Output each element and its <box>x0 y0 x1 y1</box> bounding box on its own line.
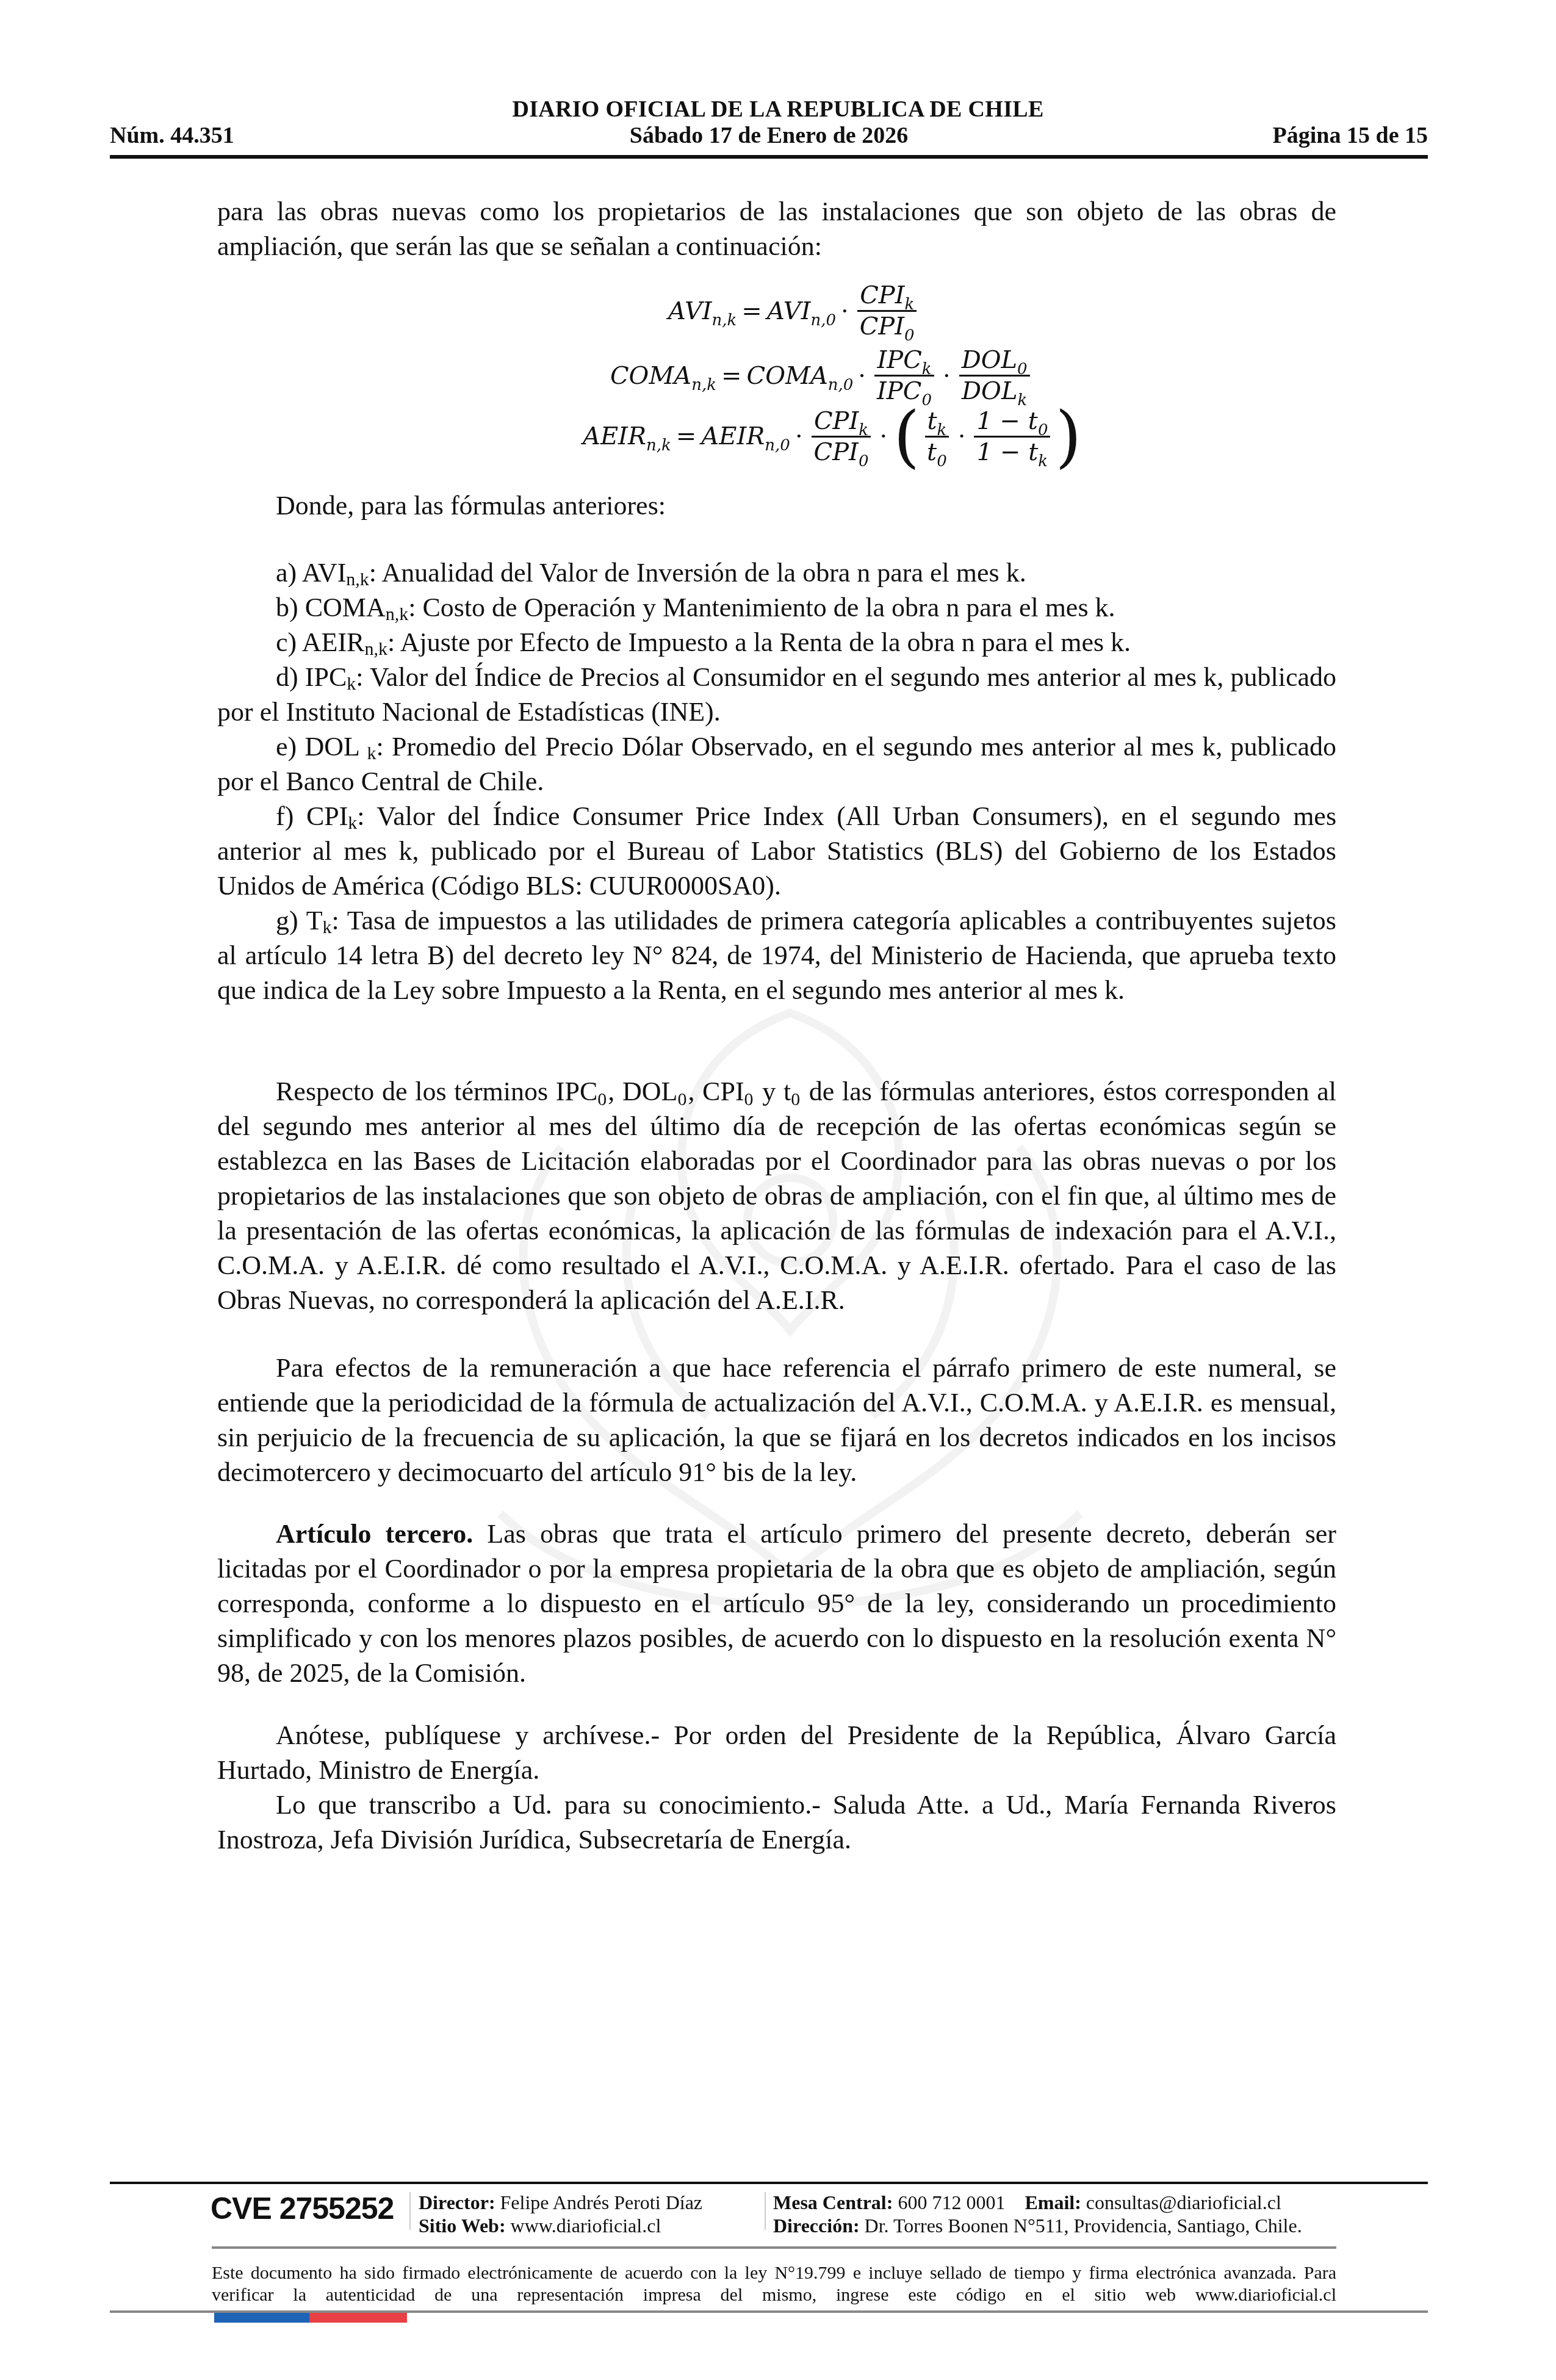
donde-label: Donde, para las fórmulas anteriores: <box>276 488 1336 523</box>
header-row: Sábado 17 de Enero de 2026 Núm. 44.351 P… <box>110 122 1428 153</box>
issue-date: Sábado 17 de Enero de 2026 <box>110 122 1428 149</box>
header-divider <box>110 155 1428 159</box>
fraction: tk t0 <box>924 408 949 466</box>
footer-separator <box>765 2192 766 2230</box>
fraction: DOL0 DOLk <box>959 347 1030 405</box>
definition-c: c) AEIRn,k: Ajuste por Efecto de Impuest… <box>217 625 1336 660</box>
articulo-tercero-heading: Artículo tercero. <box>276 1519 473 1549</box>
website-link[interactable]: www.diarioficial.cl <box>506 2215 661 2237</box>
left-paren: ( <box>893 403 920 470</box>
right-paren: ) <box>1055 403 1081 470</box>
footer-separator <box>409 2192 411 2230</box>
formula-lhs: AVIn,k <box>668 297 737 325</box>
formula-aeir: AEIRn,k = AEIRn,0 · CPIk CPI0 · ( tk t0 … <box>583 403 1082 470</box>
definition-a: a) AVIn,k: Anualidad del Valor de Invers… <box>217 555 1336 590</box>
transcribo-paragraph: Lo que transcribo a Ud. para su conocimi… <box>217 1787 1336 1857</box>
definition-b: b) COMAn,k: Costo de Operación y Manteni… <box>217 590 1336 625</box>
director-line: Director: Felipe Andrés Peroti Díaz <box>419 2191 702 2214</box>
definition-g: g) Tk: Tasa de impuestos a las utilidade… <box>217 903 1336 1008</box>
definition-e: e) DOL k: Promedio del Precio Dólar Obse… <box>217 729 1336 799</box>
footer-top-divider <box>110 2182 1428 2184</box>
footer-director-block: Director: Felipe Andrés Peroti Díaz Siti… <box>419 2191 702 2237</box>
footer-middle-divider <box>212 2246 1336 2249</box>
articulo-tercero-paragraph: Artículo tercero. Las obras que trata el… <box>217 1516 1336 1690</box>
email-link[interactable]: consultas@diarioficial.cl <box>1081 2191 1281 2213</box>
contact-line: Mesa Central: 600 712 0001 Email: consul… <box>773 2191 1302 2214</box>
electronic-signature-notice: Este documento ha sido firmado electróni… <box>212 2262 1336 2306</box>
intro-paragraph: para las obras nuevas como los propietar… <box>217 194 1336 264</box>
formula-coma: COMAn,k = COMAn,0 · IPCk IPC0 · DOL0 DOL… <box>610 347 1034 405</box>
issue-number: Núm. 44.351 <box>110 122 234 149</box>
para-efectos-paragraph: Para efectos de la remuneración a que ha… <box>217 1350 1336 1490</box>
footer-contact-block: Mesa Central: 600 712 0001 Email: consul… <box>773 2191 1302 2237</box>
definition-f: f) CPIk: Valor del Índice Consumer Price… <box>217 799 1336 903</box>
page-indicator: Página 15 de 15 <box>1273 122 1428 149</box>
fraction: CPIk CPI0 <box>812 408 871 466</box>
flag-stripe-blue <box>214 2313 309 2323</box>
anotese-paragraph: Anótese, publíquese y archívese.- Por or… <box>217 1718 1336 1787</box>
definition-d: d) IPCk: Valor del Índice de Precios al … <box>217 660 1336 729</box>
formula-avi: AVIn,k = AVIn,0 · CPIk CPI0 <box>668 282 921 340</box>
respecto-paragraph: Respecto de los términos IPC0, DOL0, CPI… <box>217 1074 1336 1318</box>
newspaper-title: DIARIO OFICIAL DE LA REPUBLICA DE CHILE <box>0 96 1556 123</box>
website-line: Sitio Web: www.diarioficial.cl <box>419 2214 702 2237</box>
flag-stripe-red <box>309 2313 407 2323</box>
fraction: CPIk CPI0 <box>857 282 917 340</box>
address-line: Dirección: Dr. Torres Boonen N°511, Prov… <box>773 2214 1302 2237</box>
formula-rhs: AVIn,0 <box>767 297 836 325</box>
cve-code: CVE 2755252 <box>211 2191 394 2226</box>
fraction: 1 − t0 1 − tk <box>974 408 1050 466</box>
fraction: IPCk IPC0 <box>874 347 934 405</box>
